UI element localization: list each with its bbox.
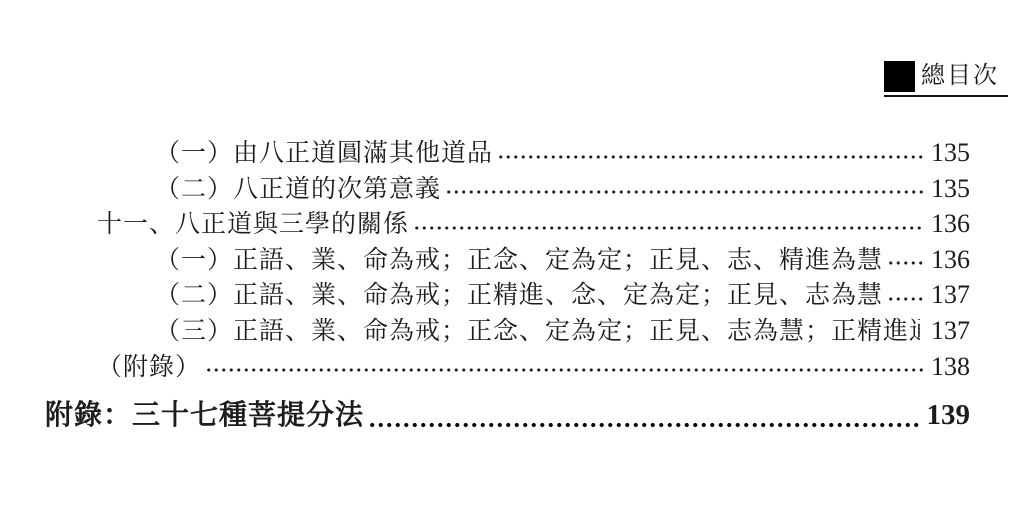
toc-entry-text: （三）正語、業、命為戒；正念、定為定；正見、志為慧；正精進通三學 [155,311,920,347]
header-label: 總目次 [915,61,999,92]
toc-page-number: 139 [927,399,971,432]
toc-page-number: 136 [931,209,970,239]
toc-entry-text: （附錄） [97,347,201,383]
toc-row: （二）八正道的次第意義 135 [0,169,970,205]
dot-leader [205,347,924,383]
toc-row: （一）由八正道圓滿其他道品 135 [0,133,970,169]
header-square-icon [884,61,915,92]
toc-entry-text: （二）八正道的次第意義 [155,169,441,205]
toc-list: （一）由八正道圓滿其他道品 135 （二）八正道的次第意義 135 十一、八正道… [0,133,970,439]
toc-entry-text: （一）由八正道圓滿其他道品 [155,133,493,169]
toc-page-number: 137 [931,280,970,310]
toc-page-number: 135 [931,174,970,204]
dot-leader [887,275,924,311]
toc-page-number: 137 [931,316,970,346]
running-head: 總目次 [884,61,1008,97]
dot-leader [887,240,924,276]
toc-entry-text: 附錄：三十七種菩提分法 [45,393,364,433]
toc-entry-text: （一）正語、業、命為戒；正念、定為定；正見、志、精進為慧 [155,240,883,276]
toc-row: 附錄：三十七種菩提分法 139 [0,393,970,439]
document-page: 總目次 （一）由八正道圓滿其他道品 135 （二）八正道的次第意義 135 十一… [0,0,1024,505]
toc-row: （三）正語、業、命為戒；正念、定為定；正見、志為慧；正精進通三學 137 [0,311,970,347]
toc-page-number: 138 [931,352,970,382]
toc-row: （一）正語、業、命為戒；正念、定為定；正見、志、精進為慧 136 [0,240,970,276]
dot-leader [497,133,924,169]
dot-leader [413,204,924,240]
toc-row: （附錄） 138 [0,347,970,383]
dot-leader [445,169,924,205]
toc-row: 十一、八正道與三學的關係 136 [0,204,970,240]
dot-leader [368,393,919,439]
toc-page-number: 135 [931,138,970,168]
toc-row: （二）正語、業、命為戒；正精進、念、定為定；正見、志為慧 137 [0,275,970,311]
toc-entry-text: （二）正語、業、命為戒；正精進、念、定為定；正見、志為慧 [155,275,883,311]
toc-entry-text: 十一、八正道與三學的關係 [97,204,409,240]
toc-page-number: 136 [931,245,970,275]
